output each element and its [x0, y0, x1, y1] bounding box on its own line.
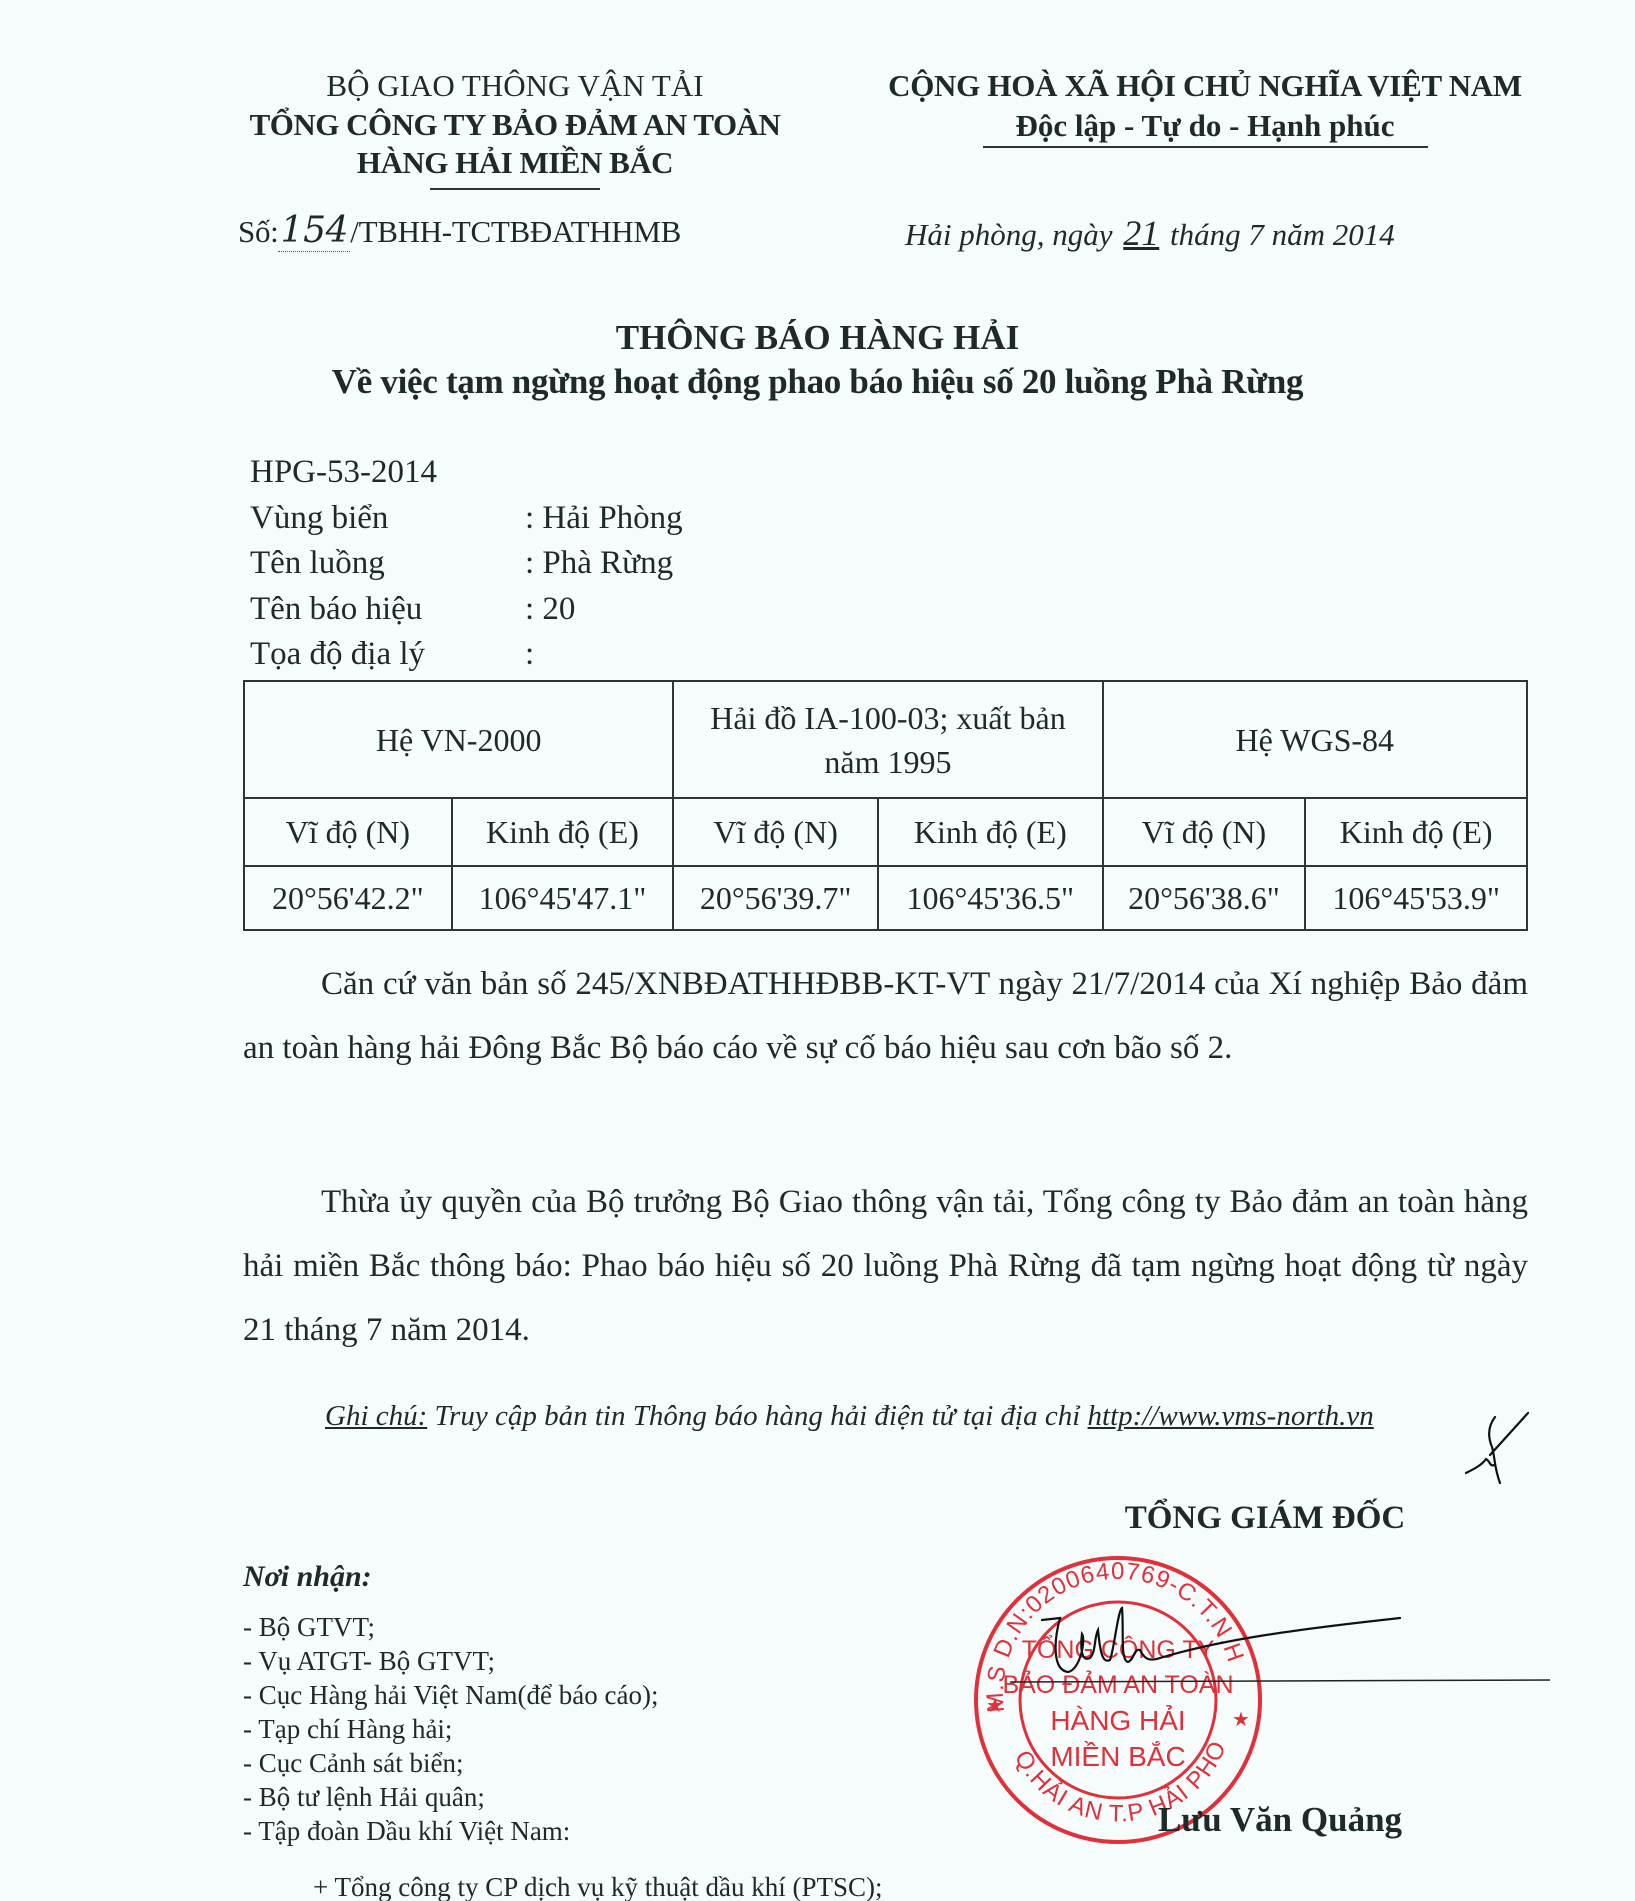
recipients-list: Nơi nhận: - Bộ GTVT; - Vụ ATGT- Bộ GTVT;…	[243, 1560, 882, 1901]
info-row: Tọa độ địa lý :	[250, 632, 683, 678]
recipient-item: - Bộ GTVT;	[243, 1610, 882, 1644]
note-label: Ghi chú:	[325, 1400, 427, 1432]
signer-title: TỔNG GIÁM ĐỐC	[1085, 1500, 1445, 1537]
organization-name-line1: TỔNG CÔNG TY BẢO ĐẢM AN TOÀN	[200, 106, 830, 144]
column-header: Kinh độ (E)	[878, 798, 1103, 866]
recipients-heading: Nơi nhận:	[243, 1560, 882, 1594]
info-row: Tên luồng : Phà Rừng	[250, 541, 683, 587]
notice-code: HPG-53-2014	[250, 450, 683, 496]
national-motto: Độc lập - Tự do - Hạnh phúc	[820, 106, 1590, 146]
column-header: Vĩ độ (N)	[244, 798, 452, 866]
info-label: Tên báo hiệu	[250, 587, 525, 633]
paragraph-text: Căn cứ văn bản số 245/XNBĐATHHĐBB-KT-VT …	[243, 966, 1528, 1066]
country-name: CỘNG HOÀ XÃ HỘI CHỦ NGHĨA VIỆT NAM	[820, 66, 1590, 106]
handwritten-number: 154	[278, 210, 350, 252]
info-value: : Hải Phòng	[525, 496, 683, 542]
paragraph-basis: Căn cứ văn bản số 245/XNBĐATHHĐBB-KT-VT …	[243, 952, 1528, 1080]
organization-name-line2: HÀNG HẢI MIỀN BẮC	[200, 144, 830, 182]
note: Ghi chú: Truy cập bản tin Thông báo hàng…	[325, 1400, 1374, 1433]
issuing-organization-header: BỘ GIAO THÔNG VẬN TẢI TỔNG CÔNG TY BẢO Đ…	[200, 66, 830, 190]
document-number-suffix: /TBHH-TCTBĐATHHMB	[350, 214, 681, 249]
group-header-wgs84: Hệ WGS-84	[1103, 681, 1527, 798]
info-value: :	[525, 632, 534, 678]
document-number: Số:154/TBHH-TCTBĐATHHMB	[238, 210, 681, 251]
document-subtitle: Về việc tạm ngừng hoạt động phao báo hiệ…	[0, 362, 1635, 402]
recipient-item: - Cục Hàng hải Việt Nam(để báo cáo);	[243, 1678, 882, 1712]
national-header: CỘNG HOÀ XÃ HỘI CHỦ NGHĨA VIỆT NAM Độc l…	[820, 66, 1590, 148]
coordinate-cell: 20°56'39.7"	[673, 866, 878, 930]
coordinate-cell: 20°56'42.2"	[244, 866, 452, 930]
document-date: Hải phòng, ngày 21 tháng 7 năm 2014	[905, 212, 1395, 254]
coordinate-cell: 106°45'53.9"	[1305, 866, 1527, 930]
coordinate-cell: 106°45'47.1"	[452, 866, 674, 930]
column-header: Vĩ độ (N)	[673, 798, 878, 866]
document-title: THÔNG BÁO HÀNG HẢI	[0, 318, 1635, 358]
recipient-item: - Cục Cảnh sát biển;	[243, 1746, 882, 1780]
handwritten-day: 21	[1120, 213, 1162, 253]
date-prefix: Hải phòng, ngày	[905, 217, 1120, 252]
info-label: Tên luồng	[250, 541, 525, 587]
handwritten-signature-icon	[1010, 1600, 1550, 1720]
info-label: Tọa độ địa lý	[250, 632, 525, 678]
ministry-name: BỘ GIAO THÔNG VẬN TẢI	[200, 66, 830, 106]
info-value: : Phà Rừng	[525, 541, 673, 587]
group-header-vn2000: Hệ VN-2000	[244, 681, 673, 798]
header-divider	[430, 188, 600, 190]
recipient-item: - Bộ tư lệnh Hải quân;	[243, 1780, 882, 1814]
recipient-item: - Vụ ATGT- Bộ GTVT;	[243, 1644, 882, 1678]
info-row: Vùng biển : Hải Phòng	[250, 496, 683, 542]
column-header: Kinh độ (E)	[1305, 798, 1527, 866]
signer-name: Lưu Văn Quảng	[1110, 1800, 1450, 1840]
recipient-item: - Tập đoàn Dầu khí Việt Nam:	[243, 1814, 882, 1848]
coordinate-cell: 20°56'38.6"	[1103, 866, 1306, 930]
group-header-chart: Hải đồ IA-100-03; xuất bản năm 1995	[673, 681, 1102, 798]
paragraph-announcement: Thừa ủy quyền của Bộ trưởng Bộ Giao thôn…	[243, 1170, 1528, 1362]
notice-info: HPG-53-2014 Vùng biển : Hải Phòng Tên lu…	[250, 450, 683, 678]
coordinate-cell: 106°45'36.5"	[878, 866, 1103, 930]
date-suffix: tháng 7 năm 2014	[1162, 217, 1395, 252]
info-row: Tên báo hiệu : 20	[250, 587, 683, 633]
column-header: Kinh độ (E)	[452, 798, 674, 866]
initials-mark-icon	[1462, 1405, 1532, 1485]
motto-divider	[983, 146, 1428, 148]
recipient-sub-item: + Tổng công ty CP dịch vụ kỹ thuật dầu k…	[243, 1870, 882, 1901]
recipient-item: - Tạp chí Hàng hải;	[243, 1712, 882, 1746]
svg-text:★: ★	[986, 1693, 1004, 1717]
info-label: Vùng biển	[250, 496, 525, 542]
website-link[interactable]: http://www.vms-north.vn	[1088, 1400, 1374, 1432]
column-header: Vĩ độ (N)	[1103, 798, 1306, 866]
info-value: : 20	[525, 587, 575, 633]
paragraph-text: Thừa ủy quyền của Bộ trưởng Bộ Giao thôn…	[243, 1184, 1528, 1348]
svg-text:MIỀN BẮC: MIỀN BẮC	[1050, 1741, 1185, 1772]
note-text: Truy cập bản tin Thông báo hàng hải điện…	[427, 1400, 1087, 1432]
coordinates-table: Hệ VN-2000 Hải đồ IA-100-03; xuất bản nă…	[243, 680, 1528, 931]
document-number-prefix: Số:	[238, 214, 278, 249]
